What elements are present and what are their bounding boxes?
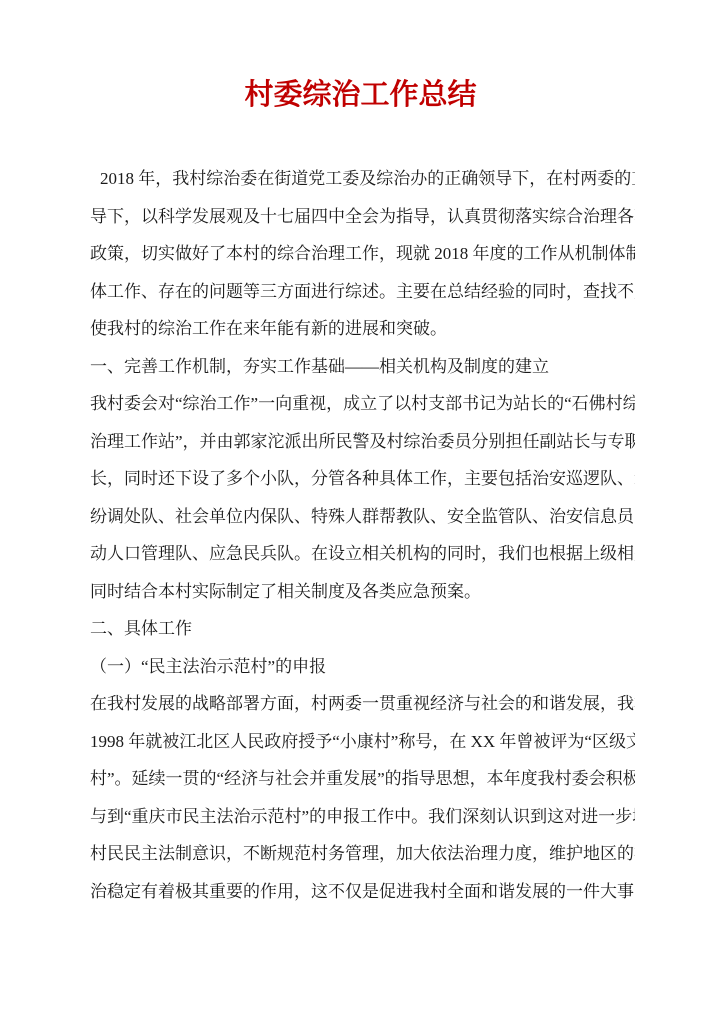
document-body: 2018 年，我村综治委在街道党工委及综治办的正确领导下，在村两委的直接领导下，… bbox=[90, 160, 635, 910]
text-line: 在我村发展的战略部署方面，村两委一贯重视经济与社会的和谐发展，我村早在 bbox=[90, 685, 635, 723]
text-line: 一、完善工作机制，夯实工作基础——相关机构及制度的建立 bbox=[90, 348, 635, 386]
text-line: 村”。延续一贯的“经济与社会并重发展”的指导思想，本年度我村委会积极参 bbox=[90, 760, 635, 798]
text-line: 纷调处队、社会单位内保队、特殊人群帮教队、安全监管队、治安信息员队、流 bbox=[90, 498, 635, 536]
paragraph: 我村委会对“综治工作”一向重视，成立了以村支部书记为站长的“石佛村综合治理工作站… bbox=[90, 385, 635, 610]
text-line: （一）“民主法治示范村”的申报 bbox=[90, 648, 635, 686]
text-line: 体工作、存在的问题等三方面进行综述。主要在总结经验的同时，查找不足，以 bbox=[90, 273, 635, 311]
paragraph: 二、具体工作 bbox=[90, 610, 635, 648]
text-line: 治稳定有着极其重要的作用，这不仅是促进我村全面和谐发展的一件大事，更是 bbox=[90, 873, 635, 911]
text-line: 我村委会对“综治工作”一向重视，成立了以村支部书记为站长的“石佛村综合 bbox=[90, 385, 635, 423]
paragraph: 一、完善工作机制，夯实工作基础——相关机构及制度的建立 bbox=[90, 348, 635, 386]
document-page: 村委综治工作总结 2018 年，我村综治委在街道党工委及综治办的正确领导下，在村… bbox=[0, 0, 721, 1020]
text-line: 长，同时还下设了多个小队，分管各种具体工作，主要包括治安巡逻队、矛盾纠 bbox=[90, 460, 635, 498]
paragraph: （一）“民主法治示范村”的申报 bbox=[90, 648, 635, 686]
text-line: 与到“重庆市民主法治示范村”的申报工作中。我们深刻认识到这对进一步增强 bbox=[90, 798, 635, 836]
paragraph: 2018 年，我村综治委在街道党工委及综治办的正确领导下，在村两委的直接领导下，… bbox=[90, 160, 635, 348]
text-line: 治理工作站”，并由郭家沱派出所民警及村综治委员分别担任副站长与专职副站 bbox=[90, 423, 635, 461]
text-line: 同时结合本村实际制定了相关制度及各类应急预案。 bbox=[90, 573, 635, 611]
text-line: 二、具体工作 bbox=[90, 610, 635, 648]
text-line: 动人口管理队、应急民兵队。在设立相关机构的同时，我们也根据上级相关文件 bbox=[90, 535, 635, 573]
text-line: 村民民主法制意识，不断规范村务管理，加大依法治理力度，维护地区的社会政 bbox=[90, 835, 635, 873]
text-line: 使我村的综治工作在来年能有新的进展和突破。 bbox=[90, 310, 635, 348]
text-line: 政策，切实做好了本村的综合治理工作，现就 2018 年度的工作从机制体制、具 bbox=[90, 235, 635, 273]
document-title: 村委综治工作总结 bbox=[0, 78, 721, 113]
text-line: 1998 年就被江北区人民政府授予“小康村”称号，在 XX 年曾被评为“区级文明 bbox=[90, 723, 635, 761]
paragraph: 在我村发展的战略部署方面，村两委一贯重视经济与社会的和谐发展，我村早在1998 … bbox=[90, 685, 635, 910]
text-line: 导下，以科学发展观及十七届四中全会为指导，认真贯彻落实综合治理各项方针 bbox=[90, 198, 635, 236]
text-line: 2018 年，我村综治委在街道党工委及综治办的正确领导下，在村两委的直接领 bbox=[90, 160, 635, 198]
